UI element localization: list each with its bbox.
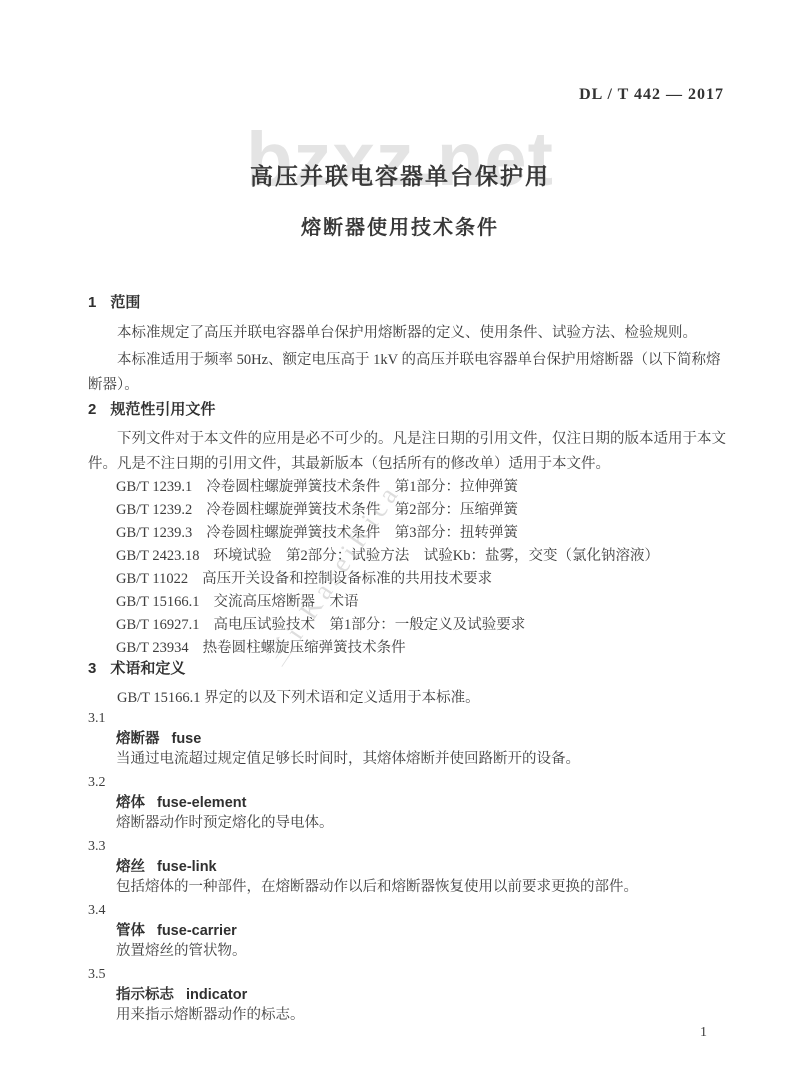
term-definition: 用来指示熔断器动作的标志。 bbox=[88, 1005, 728, 1025]
term-name: 熔断器fuse bbox=[88, 729, 728, 749]
section-3-heading: 3术语和定义 bbox=[88, 657, 728, 678]
reference-item: GB/T 1239.3冷卷圆柱螺旋弹簧技术条件 第3部分：扭转弹簧 bbox=[116, 522, 756, 545]
section-3-intro: GB/T 15166.1 界定的以及下列术语和定义适用于本标准。 bbox=[88, 686, 728, 711]
reference-title: 高电压试验技术 第1部分：一般定义及试验要求 bbox=[214, 617, 526, 633]
term-name: 熔体fuse-element bbox=[88, 793, 728, 813]
term-number: 3.2 bbox=[88, 773, 728, 793]
reference-code: GB/T 1239.3 bbox=[116, 522, 192, 545]
reference-title: 环境试验 第2部分：试验方法 试验Kb：盐雾，交变（氯化钠溶液） bbox=[214, 548, 659, 564]
reference-list: GB/T 1239.1冷卷圆柱螺旋弹簧技术条件 第1部分：拉伸弹簧 GB/T 1… bbox=[88, 476, 756, 660]
term-name-en: fuse-carrier bbox=[157, 921, 237, 941]
terms-list: 3.1 熔断器fuse 当通过电流超过规定值足够长时间时，其熔体熔断并使回路断开… bbox=[88, 709, 728, 1029]
term-item: 3.4 管体fuse-carrier 放置熔丝的管状物。 bbox=[88, 901, 728, 961]
section-2-title: 规范性引用文件 bbox=[110, 401, 215, 418]
reference-code: GB/T 1239.1 bbox=[116, 476, 192, 499]
section-1-paragraph-1: 本标准规定了高压并联电容器单台保护用熔断器的定义、使用条件、试验方法、检验规则。 bbox=[88, 321, 728, 346]
term-name: 管体fuse-carrier bbox=[88, 921, 728, 941]
term-item: 3.2 熔体fuse-element 熔断器动作时预定熔化的导电体。 bbox=[88, 773, 728, 833]
doc-code: DL / T 442 — 2017 bbox=[579, 86, 724, 104]
term-name-en: fuse bbox=[172, 729, 202, 749]
term-definition: 当通过电流超过规定值足够长时间时，其熔体熔断并使回路断开的设备。 bbox=[88, 749, 728, 769]
reference-item: GB/T 1239.1冷卷圆柱螺旋弹簧技术条件 第1部分：拉伸弹簧 bbox=[116, 476, 756, 499]
reference-code: GB/T 2423.18 bbox=[116, 545, 200, 568]
section-3-number: 3 bbox=[88, 660, 96, 677]
section-2-intro: 下列文件对于本文件的应用是必不可少的。凡是注日期的引用文件，仅注日期的版本适用于… bbox=[88, 427, 728, 477]
reference-title: 高压开关设备和控制设备标准的共用技术要求 bbox=[202, 571, 492, 587]
term-definition: 熔断器动作时预定熔化的导电体。 bbox=[88, 813, 728, 833]
term-definition: 包括熔体的一种部件，在熔断器动作以后和熔断器恢复使用以前要求更换的部件。 bbox=[88, 877, 728, 897]
term-name-zh: 熔体 bbox=[116, 795, 145, 811]
reference-item: GB/T 16927.1高电压试验技术 第1部分：一般定义及试验要求 bbox=[116, 614, 756, 637]
term-name-zh: 熔丝 bbox=[116, 859, 145, 875]
term-number: 3.5 bbox=[88, 965, 728, 985]
term-definition: 放置熔丝的管状物。 bbox=[88, 941, 728, 961]
term-name: 熔丝fuse-link bbox=[88, 857, 728, 877]
doc-title-line2: 熔断器使用技术条件 bbox=[0, 211, 800, 240]
section-2-heading: 2规范性引用文件 bbox=[88, 398, 728, 419]
section-1-title: 范围 bbox=[110, 294, 140, 311]
reference-item: GB/T 15166.1交流高压熔断器 术语 bbox=[116, 591, 756, 614]
term-name-zh: 指示标志 bbox=[116, 987, 174, 1003]
reference-item: GB/T 2423.18环境试验 第2部分：试验方法 试验Kb：盐雾，交变（氯化… bbox=[116, 545, 756, 568]
reference-code: GB/T 15166.1 bbox=[116, 591, 200, 614]
term-item: 3.1 熔断器fuse 当通过电流超过规定值足够长时间时，其熔体熔断并使回路断开… bbox=[88, 709, 728, 769]
term-name-en: fuse-link bbox=[157, 857, 217, 877]
reference-item: GB/T 11022高压开关设备和控制设备标准的共用技术要求 bbox=[116, 568, 756, 591]
reference-title: 冷卷圆柱螺旋弹簧技术条件 第2部分：压缩弹簧 bbox=[206, 502, 518, 518]
section-1-heading: 1范围 bbox=[88, 291, 728, 312]
reference-code: GB/T 16927.1 bbox=[116, 614, 200, 637]
term-item: 3.3 熔丝fuse-link 包括熔体的一种部件，在熔断器动作以后和熔断器恢复… bbox=[88, 837, 728, 897]
section-2-number: 2 bbox=[88, 401, 96, 418]
term-item: 3.5 指示标志indicator 用来指示熔断器动作的标志。 bbox=[88, 965, 728, 1025]
reference-code: GB/T 11022 bbox=[116, 568, 188, 591]
reference-title: 热卷圆柱螺旋压缩弹簧技术条件 bbox=[203, 640, 406, 656]
term-name-en: fuse-element bbox=[157, 793, 246, 813]
section-1-paragraph-2: 本标准适用于频率 50Hz、额定电压高于 1kV 的高压并联电容器单台保护用熔断… bbox=[88, 348, 728, 398]
section-1-number: 1 bbox=[88, 294, 96, 311]
reference-title: 交流高压熔断器 术语 bbox=[214, 594, 359, 610]
section-3-title: 术语和定义 bbox=[110, 660, 185, 677]
document-page: DL / T 442 — 2017 bzxz.net 三i.KaseiKica … bbox=[0, 0, 800, 1091]
term-number: 3.3 bbox=[88, 837, 728, 857]
term-name: 指示标志indicator bbox=[88, 985, 728, 1005]
term-number: 3.4 bbox=[88, 901, 728, 921]
term-name-zh: 管体 bbox=[116, 923, 145, 939]
reference-item: GB/T 1239.2冷卷圆柱螺旋弹簧技术条件 第2部分：压缩弹簧 bbox=[116, 499, 756, 522]
term-name-zh: 熔断器 bbox=[116, 731, 160, 747]
reference-title: 冷卷圆柱螺旋弹簧技术条件 第1部分：拉伸弹簧 bbox=[206, 479, 518, 495]
reference-code: GB/T 1239.2 bbox=[116, 499, 192, 522]
page-number: 1 bbox=[700, 1025, 707, 1041]
term-name-en: indicator bbox=[186, 985, 247, 1005]
doc-title-line1: 高压并联电容器单台保护用 bbox=[0, 158, 800, 191]
term-number: 3.1 bbox=[88, 709, 728, 729]
reference-title: 冷卷圆柱螺旋弹簧技术条件 第3部分：扭转弹簧 bbox=[206, 525, 518, 541]
